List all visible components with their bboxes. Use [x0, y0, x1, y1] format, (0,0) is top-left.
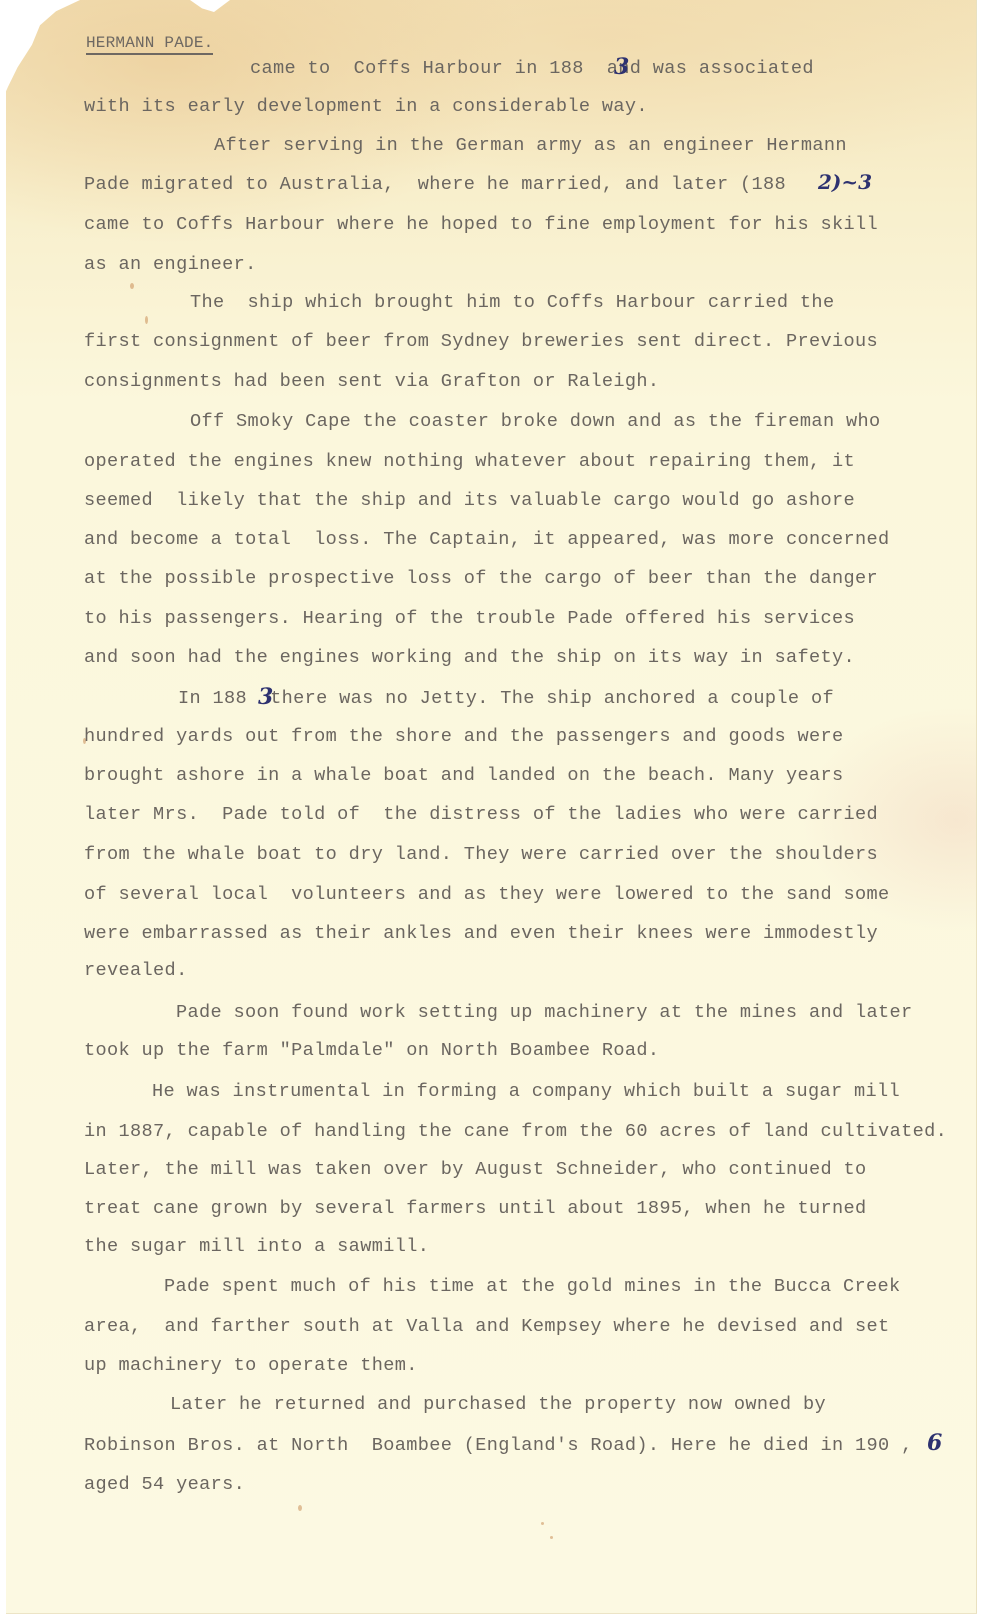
- text-line: took up the farm "Palmdale" on North Boa…: [84, 1042, 659, 1061]
- text-line: Pade migrated to Australia, where he mar…: [84, 176, 786, 195]
- text-line: from the whale boat to dry land. They we…: [84, 846, 878, 865]
- text-line: up machinery to operate them.: [84, 1357, 418, 1376]
- handwritten-correction: 2)~3: [818, 172, 872, 192]
- text-line: with its early development in a consider…: [84, 98, 648, 117]
- text-line: brought ashore in a whale boat and lande…: [84, 767, 844, 786]
- text-line: treat cane grown by several farmers unti…: [84, 1200, 867, 1219]
- text-line: came to Coffs Harbour where he hoped to …: [84, 216, 878, 235]
- rust-stain: [145, 316, 148, 324]
- text-line: as an engineer.: [84, 256, 257, 275]
- text-line: Robinson Bros. at North Boambee (England…: [84, 1437, 913, 1456]
- text-line: hundred yards out from the shore and the…: [84, 728, 844, 747]
- rust-stain: [550, 1536, 553, 1539]
- text-line: of several local volunteers and as they …: [84, 886, 890, 905]
- text-line: seemed likely that the ship and its valu…: [84, 492, 855, 511]
- text-line: later Mrs. Pade told of the distress of …: [84, 806, 878, 825]
- text-line: consignments had been sent via Grafton o…: [84, 373, 659, 392]
- rust-stain: [541, 1522, 544, 1525]
- text-line: and soon had the engines working and the…: [84, 649, 855, 668]
- handwritten-correction: 3: [614, 56, 629, 78]
- text-line: Pade spent much of his time at the gold …: [164, 1278, 901, 1297]
- text-line: and become a total loss. The Captain, it…: [84, 531, 890, 550]
- text-line: In 188 there was no Jetty. The ship anch…: [178, 690, 834, 709]
- rust-stain: [298, 1505, 302, 1511]
- text-line: Pade soon found work setting up machiner…: [176, 1004, 913, 1023]
- text-line: operated the engines knew nothing whatev…: [84, 453, 855, 472]
- text-line: first consignment of beer from Sydney br…: [84, 333, 878, 352]
- handwritten-correction: 3: [258, 686, 273, 708]
- text-line: revealed.: [84, 962, 188, 981]
- text-line: Later he returned and purchased the prop…: [170, 1396, 826, 1415]
- ink-spot: [130, 283, 134, 289]
- text-line: Later, the mill was taken over by August…: [84, 1161, 867, 1180]
- text-line: After serving in the German army as an e…: [214, 137, 847, 156]
- text-line: to his passengers. Hearing of the troubl…: [84, 610, 855, 629]
- text-line: area, and farther south at Valla and Kem…: [84, 1318, 890, 1337]
- text-line: at the possible prospective loss of the …: [84, 570, 878, 589]
- handwritten-correction: 6: [927, 1432, 942, 1454]
- text-line: Off Smoky Cape the coaster broke down an…: [190, 413, 880, 432]
- text-line: He was instrumental in forming a company…: [152, 1083, 900, 1102]
- text-line: aged 54 years.: [84, 1476, 245, 1495]
- text-line: in 1887, capable of handling the cane fr…: [84, 1123, 947, 1142]
- document-title: HERMANN PADE.: [86, 34, 213, 55]
- text-line: were embarrassed as their ankles and eve…: [84, 925, 878, 944]
- text-line: The ship which brought him to Coffs Harb…: [190, 294, 834, 313]
- text-line: came to Coffs Harbour in 188 and was ass…: [250, 60, 814, 79]
- text-line: the sugar mill into a sawmill.: [84, 1238, 429, 1257]
